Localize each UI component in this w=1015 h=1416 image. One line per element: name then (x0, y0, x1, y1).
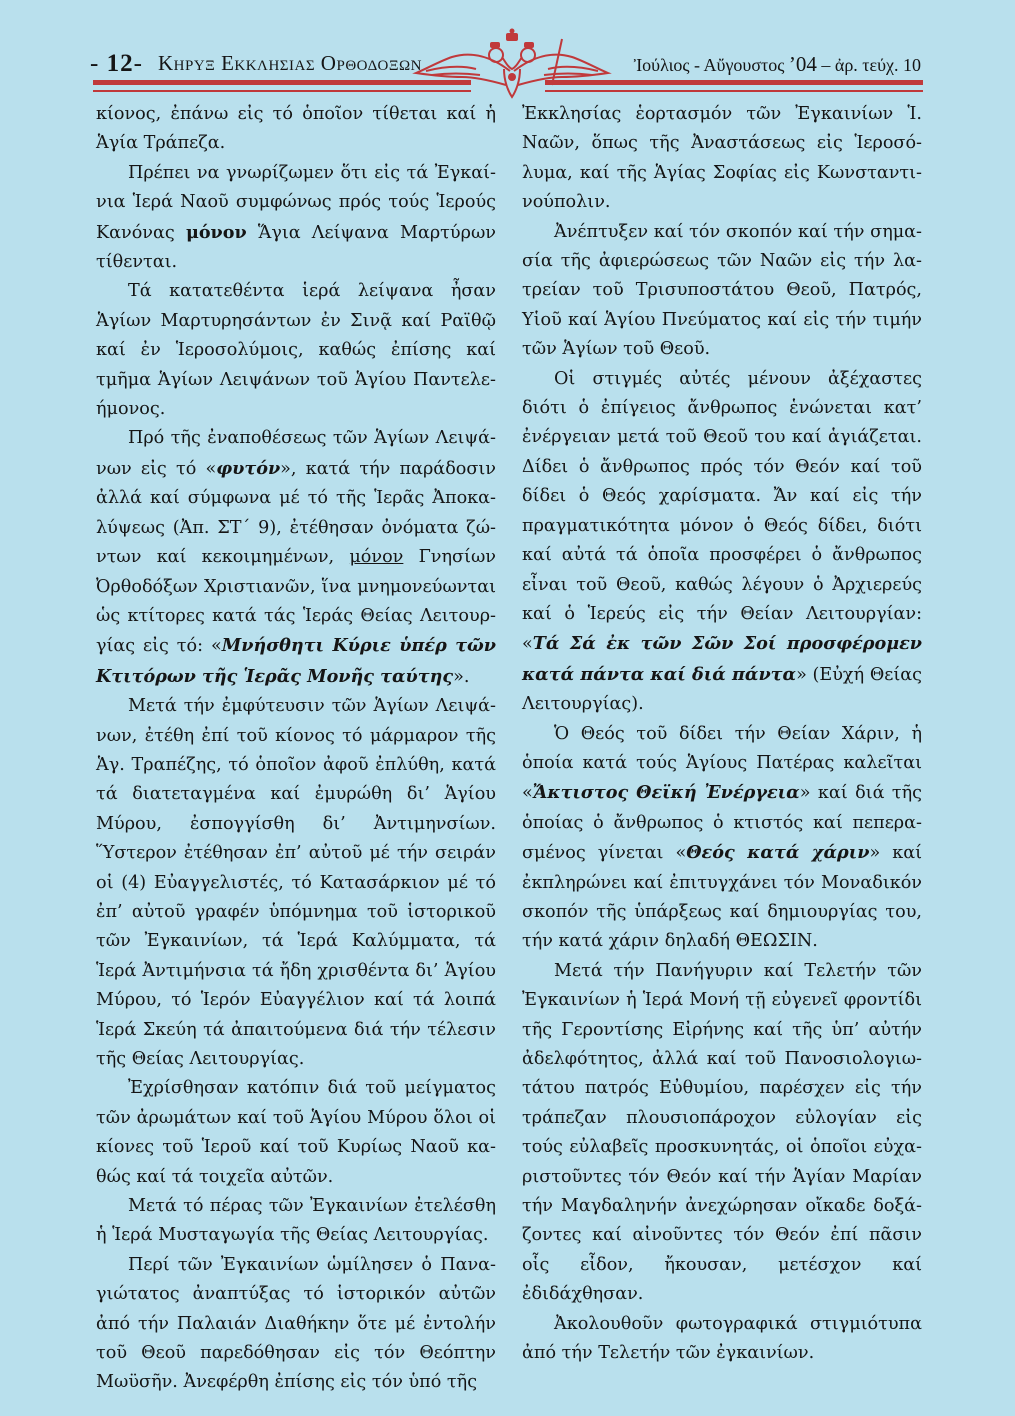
page-number: - 12- (90, 50, 143, 78)
paragraph: Πρό τῆς ἐναποθέσεως τῶν Ἁγίων Λειψά­νων … (96, 424, 496, 692)
header-rule-thin-left (93, 90, 471, 92)
paragraph: Ἀνέπτυξεν καί τόν σκοπόν καί τήν σημα­σί… (522, 218, 922, 365)
paragraph: Ὁ Θεός τοῦ δίδει τήν Θείαν Χάριν, ἡ ὁποί… (522, 720, 922, 957)
right-column: Ἐκκλησίας ἑορτασμόν τῶν Ἐγκαινίων Ἱ. Ναῶ… (522, 100, 922, 1368)
paragraph: Ἀκολουθοῦν φωτογραφικά στιγμιότυπα ἀπό τ… (522, 1310, 922, 1369)
paragraph: Μετά τήν ἐμφύτευσιν τῶν Ἁγίων Λειψά­νων,… (96, 692, 496, 1074)
paragraph: Περί τῶν Ἐγκαινίων ὡμίλησεν ὁ Πανα­γιώτα… (96, 1251, 496, 1398)
page-header: - 12- Κηρυξ Εκκλησιας Ορθοδοξων (0, 0, 1015, 100)
header-rule-thin-right (545, 90, 923, 92)
paragraph: Τά κατατεθέντα ἱερά λείψανα ἦσαν Ἁγίων Μ… (96, 277, 496, 424)
issue-year: ’04 (789, 52, 817, 76)
paragraph: κίονος, ἐπάνω εἰς τό ὁποῖον τίθεται καί … (96, 100, 496, 159)
double-headed-eagle-icon (412, 27, 612, 99)
header-rule-thick-right (545, 80, 923, 85)
header-rule-thick-left (93, 80, 471, 85)
issue-number: ἀρ. τεύχ. 10 (835, 55, 921, 75)
issue-months: Ἰούλιος - Αὔγουστος (634, 55, 785, 75)
paragraph: Οἱ στιγμές αὐτές μένουν ἀξέχαστες διότι … (522, 365, 922, 720)
paragraph: Μετά τό πέρας τῶν Ἐγκαινίων ἐτελέσθη ἡ Ἱ… (96, 1192, 496, 1251)
paragraph: Μετά τήν Πανήγυριν καί Τελετήν τῶν Ἐγκαι… (522, 957, 922, 1310)
paragraph: Ἐκκλησίας ἑορτασμόν τῶν Ἐγκαινίων Ἱ. Ναῶ… (522, 100, 922, 218)
issue-info: Ἰούλιος - Αὔγουστος ’04 – ἀρ. τεύχ. 10 (634, 52, 921, 77)
left-column: κίονος, ἐπάνω εἰς τό ὁποῖον τίθεται καί … (96, 100, 496, 1398)
magazine-title: Κηρυξ Εκκλησιας Ορθοδοξων (158, 51, 422, 76)
paragraph: Πρέπει να γνωρίζωμεν ὅτι εἰς τά Ἐγκαί­νι… (96, 159, 496, 278)
paragraph: Ἐχρίσθησαν κατόπιν διά τοῦ μείγματος τῶν… (96, 1074, 496, 1192)
